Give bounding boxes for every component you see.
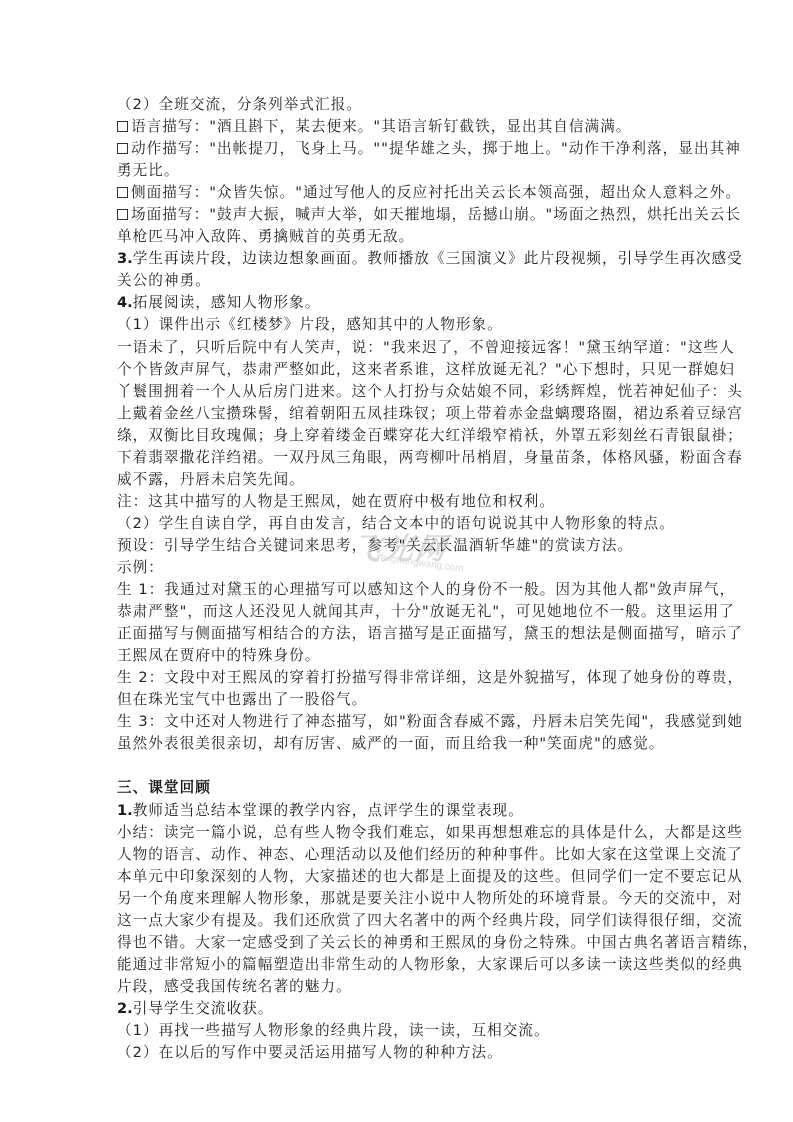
paragraph-line: 正面描写与侧面描写相结合的方法，语言描写是正面描写，黛玉的想法是侧面描写，暗示了 <box>117 623 675 645</box>
paragraph-line: 一语未了，只听后院中有人笑声，说："我来迟了，不曾迎接远客！"黛玉纳罕道："这些… <box>117 337 675 359</box>
bullet-text: 侧面描写："众皆失惊。"通过写他人的反应衬托出关云长本领高强，超出众人意料之外。 <box>131 184 741 201</box>
item-text: 教师适当总结本堂课的教学内容，点评学生的课堂表现。 <box>133 802 524 819</box>
paragraph-line: 威不露，丹唇未启笑先闻。 <box>117 469 675 491</box>
item-text: 引导学生交流收获。 <box>133 1000 274 1017</box>
paragraph-line: 片段，感受我国传统名著的魅力。 <box>117 976 675 998</box>
item-text: 拓展阅读，感知人物形象。 <box>133 294 321 311</box>
paragraph-line: 上戴着金丝八宝攒珠髻，绾着朝阳五凤挂珠钗；项上带着赤金盘螭璎珞圈，裙边系着豆绿宫 <box>117 403 675 425</box>
paragraph-line: 生 1：我通过对黛玉的心理描写可以感知这个人的身份不一般。因为其他人都"敛声屏气… <box>117 579 675 601</box>
paragraph-line: 注：这其中描写的人物是王熙凤，她在贾府中极有地位和权利。 <box>117 491 675 513</box>
paragraph-line: 生 2：文段中对王熙凤的穿着打扮描写得非常详细，这是外貌描写，体现了她身份的尊贵… <box>117 667 675 689</box>
item-text: 学生再读片段，边读边想象画面。教师播放《三国演义》此片段视频，引导学生再次感受 <box>133 250 743 267</box>
checkbox-square-icon <box>117 209 128 220</box>
paragraph-line: 虽然外表很美很亲切，却有厉害、威严的一面，而且给我一种"笑面虎"的感觉。 <box>117 733 675 755</box>
bullet-text: 场面描写："鼓声大振，喊声大举，如天摧地塌，岳撼山崩。"场面之热烈，烘托出关云长 <box>131 206 741 223</box>
paragraph-line: 丫鬟围拥着一个人从后房门进来。这个人打扮与众姑娘不同，彩绣辉煌，恍若神妃仙子：头 <box>117 381 675 403</box>
document-page: （2）全班交流，分条列举式汇报。 语言描写："酒且斟下，某去便来。"其语言斩钉截… <box>117 94 675 1064</box>
bullet-text: 动作描写："出帐提刀，飞身上马。""提华雄之头，掷于地上。"动作干净利落，显出其… <box>131 140 741 157</box>
item-number: 1. <box>117 802 133 819</box>
paragraph-line: 生 3：文中还对人物进行了神态描写，如"粉面含春威不露，丹唇未启笑先闻"，我感觉… <box>117 711 675 733</box>
paragraph-line: （2）学生自读自学，再自由发言，结合文本中的语句说说其中人物形象的特点。 <box>117 513 675 535</box>
paragraph-line: 本单元中印象深刻的人物，大家描述的也大都是上面提及的这些。但同学们一定不要忘记从 <box>117 866 675 888</box>
paragraph-line: （1）课件出示《红楼梦》片段，感知其中的人物形象。 <box>117 314 675 336</box>
numbered-line: 1.教师适当总结本堂课的教学内容，点评学生的课堂表现。 <box>117 800 675 822</box>
paragraph-line: 个个皆敛声屏气，恭肃严整如此，这来者系谁，这样放诞无礼？"心下想时，只见一群媳妇 <box>117 359 675 381</box>
paragraph-line: （2）在以后的写作中要灵活运用描写人物的种种方法。 <box>117 1042 675 1064</box>
paragraph-line: 单枪匹马冲入敌阵、勇擒贼首的英勇无敌。 <box>117 226 675 248</box>
checkbox-square-icon <box>117 121 128 132</box>
checkbox-square-icon <box>117 143 128 154</box>
paragraph-line: （1）再找一些描写人物形象的经典片段，读一读，互相交流。 <box>117 1020 675 1042</box>
section-heading: 三、课堂回顾 <box>117 777 675 799</box>
blank-line <box>117 755 675 777</box>
paragraph-line: 关公的神勇。 <box>117 270 675 292</box>
paragraph-line: （2）全班交流，分条列举式汇报。 <box>117 94 675 116</box>
paragraph-line: 小结：读完一篇小说，总有些人物令我们难忘，如果再想想难忘的具体是什么，大都是这些 <box>117 822 675 844</box>
numbered-line: 4.拓展阅读，感知人物形象。 <box>117 292 675 314</box>
item-number: 3. <box>117 250 133 267</box>
item-number: 4. <box>117 294 133 311</box>
paragraph-line: 王熙凤在贾府中的特殊身份。 <box>117 645 675 667</box>
paragraph-line: 这一点大家少有提及。我们还欣赏了四大名著中的两个经典片段，同学们读得很仔细，交流 <box>117 910 675 932</box>
paragraph-line: 但在珠光宝气中也露出了一股俗气。 <box>117 689 675 711</box>
bullet-line: 侧面描写："众皆失惊。"通过写他人的反应衬托出关云长本领高强，超出众人意料之外。 <box>117 182 675 204</box>
paragraph-line: 下着翡翠撒花洋绉裙。一双丹凤三角眼，两弯柳叶吊梢眉，身量苗条，体格风骚，粉面含春 <box>117 447 675 469</box>
paragraph-line: 恭肃严整"，而这人还没见人就闻其声，十分"放诞无礼"，可见她地位不一般。这里运用… <box>117 601 675 623</box>
paragraph-line: 勇无比。 <box>117 160 675 182</box>
paragraph-line: 人物的语言、动作、神态、心理活动以及他们经历的种种事件。比如大家在这堂课上交流了 <box>117 844 675 866</box>
item-number: 2. <box>117 1000 133 1017</box>
bullet-line: 动作描写："出帐提刀，飞身上马。""提华雄之头，掷于地上。"动作干净利落，显出其… <box>117 138 675 160</box>
bullet-line: 语言描写："酒且斟下，某去便来。"其语言斩钉截铁，显出其自信满满。 <box>117 116 675 138</box>
bullet-text: 语言描写："酒且斟下，某去便来。"其语言斩钉截铁，显出其自信满满。 <box>131 118 631 135</box>
paragraph-line: 得也不错。大家一定感受到了关云长的神勇和王熙凤的身份之特殊。中国古典名著语言精练… <box>117 932 675 954</box>
numbered-line: 2.引导学生交流收获。 <box>117 998 675 1020</box>
paragraph-line: 示例： <box>117 557 675 579</box>
bullet-line: 场面描写："鼓声大振，喊声大举，如天摧地塌，岳撼山崩。"场面之热烈，烘托出关云长 <box>117 204 675 226</box>
paragraph-line: 能通过非常短小的篇幅塑造出非常生动的人物形象，大家课后可以多读一读这些类似的经典 <box>117 954 675 976</box>
paragraph-line: 预设：引导学生结合关键词来思考，参考"关云长温酒斩华雄"的赏读方法。 <box>117 535 675 557</box>
paragraph-line: 另一个角度来理解人物形象，那就是要关注小说中人物所处的环境背景。今天的交流中，对 <box>117 888 675 910</box>
numbered-line: 3.学生再读片段，边读边想象画面。教师播放《三国演义》此片段视频，引导学生再次感… <box>117 248 675 270</box>
paragraph-line: 绦，双衡比目玫瑰佩；身上穿着缕金百蝶穿花大红洋缎窄褃袄，外罩五彩刻丝石青银鼠褂； <box>117 425 675 447</box>
checkbox-square-icon <box>117 187 128 198</box>
